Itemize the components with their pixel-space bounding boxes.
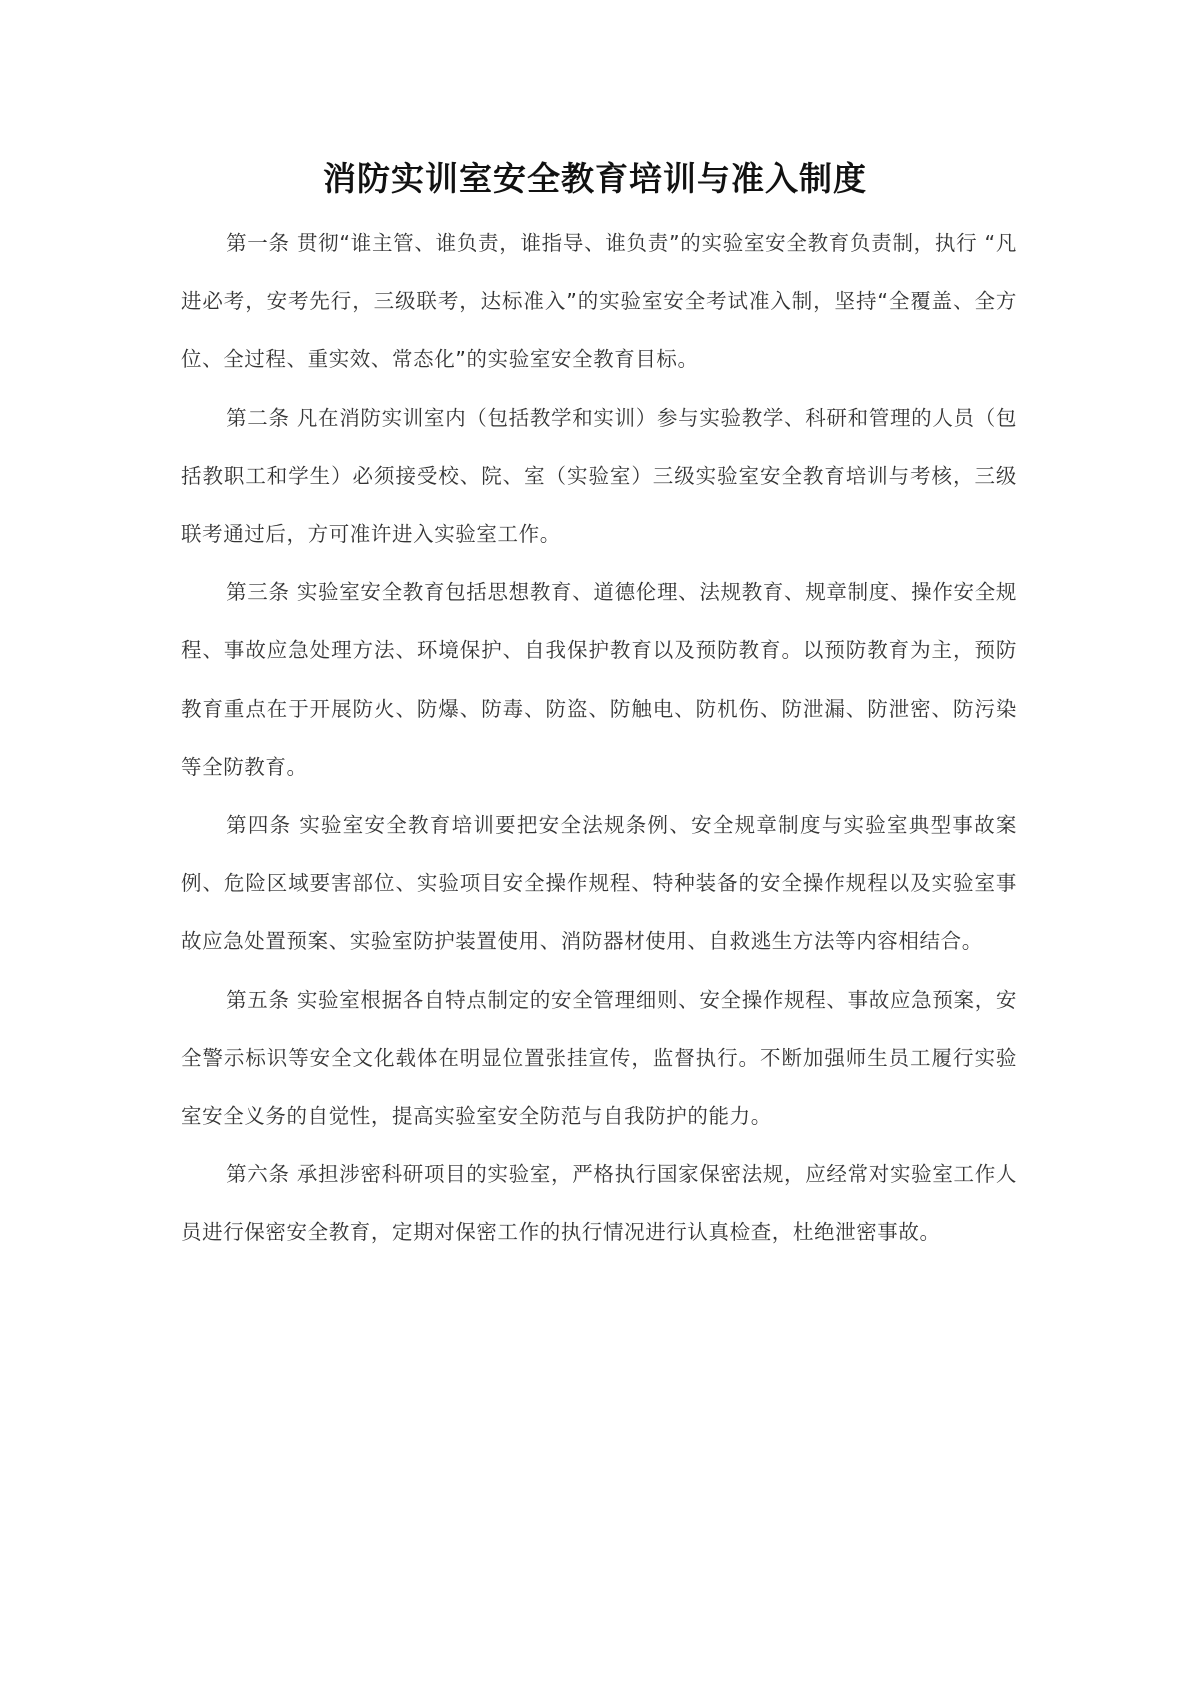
article-6-paragraph: 第六条 承担涉密科研项目的实验室，严格执行国家保密法规，应经常对实验室工作人员进… — [181, 1145, 1017, 1261]
article-5-paragraph: 第五条 实验室根据各自特点制定的安全管理细则、安全操作规程、事故应急预案，安全警… — [181, 971, 1017, 1146]
document-body: 第一条 贯彻“谁主管、谁负责，谁指导、谁负责”的实验室安全教育负责制，执行 “凡… — [181, 214, 1017, 1262]
article-2-paragraph: 第二条 凡在消防实训室内（包括教学和实训）参与实验教学、科研和管理的人员（包括教… — [181, 389, 1017, 564]
document-title: 消防实训室安全教育培训与准入制度 — [0, 156, 1190, 202]
document-page: 消防实训室安全教育培训与准入制度 第一条 贯彻“谁主管、谁负责，谁指导、谁负责”… — [0, 0, 1190, 1683]
article-4-paragraph: 第四条 实验室安全教育培训要把安全法规条例、安全规章制度与实验室典型事故案例、危… — [181, 796, 1017, 971]
article-1-paragraph: 第一条 贯彻“谁主管、谁负责，谁指导、谁负责”的实验室安全教育负责制，执行 “凡… — [181, 214, 1017, 389]
article-3-paragraph: 第三条 实验室安全教育包括思想教育、道德伦理、法规教育、规章制度、操作安全规程、… — [181, 563, 1017, 796]
